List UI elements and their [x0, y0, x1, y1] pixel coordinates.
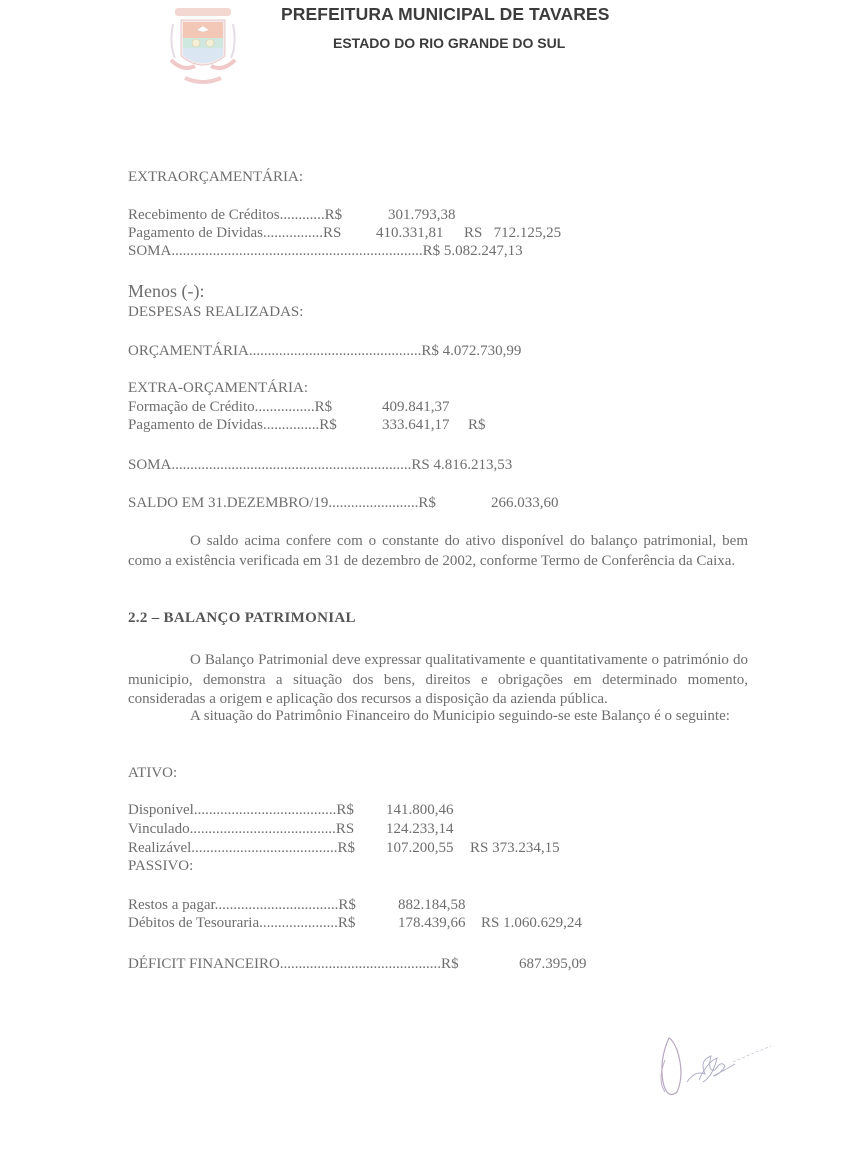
extra-receitas-heading: EXTRAORÇAMENTÁRIA: — [128, 168, 303, 186]
despesa-row: Pagamento de Dívidas...............R$ 33… — [128, 416, 628, 434]
ativo-heading: ATIVO: — [128, 764, 177, 782]
ativo-row: Disponivel..............................… — [128, 801, 628, 819]
row-label: Restos a pagar..........................… — [128, 897, 356, 913]
row-label: Pagamento de Dividas................RS — [128, 225, 341, 241]
passivo-row: Restos a pagar..........................… — [128, 896, 628, 914]
deficit-label: DÉFICIT FINANCEIRO......................… — [128, 956, 459, 972]
saldo-value: 266.033,60 — [491, 494, 559, 512]
municipal-crest-icon — [163, 4, 243, 92]
row-subtotal: RS 373.234,15 — [470, 839, 560, 857]
signature-icon — [655, 1030, 775, 1105]
row-label: Recebimento de Créditos............R$ — [128, 207, 342, 223]
despesas-soma: SOMA....................................… — [128, 456, 512, 474]
despesas-heading: DESPESAS REALIZADAS: — [128, 303, 303, 321]
saldo-row: SALDO EM 31.DEZEMBRO/19.................… — [128, 494, 628, 512]
receita-row: Pagamento de Dividas................RS 4… — [128, 224, 628, 242]
row-subtotal: R$ — [468, 416, 486, 434]
ativo-row: Vinculado...............................… — [128, 820, 628, 838]
deficit-value: 687.395,09 — [519, 955, 587, 973]
saldo-paragraph: O saldo acima confere com o constante do… — [128, 532, 748, 571]
row-subtotal: RS 1.060.629,24 — [481, 914, 582, 932]
row-subtotal: RS 712.125,25 — [464, 224, 561, 242]
header-subtitle: ESTADO DO RIO GRANDE DO SUL — [333, 35, 565, 51]
row-label: Vinculado...............................… — [128, 821, 354, 837]
row-value: 141.800,46 — [386, 801, 454, 819]
menos-label: Menos (-): — [128, 282, 204, 300]
passivo-heading: PASSIVO: — [128, 857, 193, 875]
row-label: Formação de Crédito................R$ — [128, 399, 332, 415]
balanco-paragraph-text: O Balanço Patrimonial deve expressar qua… — [128, 652, 748, 707]
situacao-paragraph-text: A situação do Patrimônio Financeiro do M… — [190, 708, 730, 724]
saldo-label: SALDO EM 31.DEZEMBRO/19.................… — [128, 495, 436, 511]
document-page: PREFEITURA MUNICIPAL DE TAVARES ESTADO D… — [0, 0, 850, 1169]
orcamentaria-row: ORÇAMENTÁRIA............................… — [128, 342, 521, 360]
row-value: 410.331,81 — [376, 224, 444, 242]
header-title: PREFEITURA MUNICIPAL DE TAVARES — [281, 4, 609, 25]
section-heading: 2.2 – BALANÇO PATRIMONIAL — [128, 609, 356, 627]
receitas-soma: SOMA....................................… — [128, 242, 523, 260]
row-value: 333.641,17 — [382, 416, 450, 434]
passivo-row: Débitos de Tesouraria...................… — [128, 914, 628, 932]
row-label: Disponivel..............................… — [128, 802, 354, 818]
row-value: 124.233,14 — [386, 820, 454, 838]
row-value: 882.184,58 — [398, 896, 466, 914]
receita-row: Recebimento de Créditos............R$ 30… — [128, 206, 628, 224]
ativo-row: Realizável..............................… — [128, 839, 628, 857]
situacao-paragraph: A situação do Patrimônio Financeiro do M… — [128, 707, 748, 727]
row-label: Débitos de Tesouraria...................… — [128, 915, 355, 931]
row-value: 107.200,55 — [386, 839, 454, 857]
saldo-paragraph-text: O saldo acima confere com o constante do… — [128, 533, 748, 569]
row-label: Pagamento de Dívidas...............R$ — [128, 417, 337, 433]
row-label: Realizável..............................… — [128, 840, 355, 856]
row-value: 178.439,66 — [398, 914, 466, 932]
deficit-row: DÉFICIT FINANCEIRO......................… — [128, 955, 648, 973]
despesa-row: Formação de Crédito................R$ 40… — [128, 398, 628, 416]
extra-despesas-heading: EXTRA-ORÇAMENTÁRIA: — [128, 379, 308, 397]
row-value: 301.793,38 — [388, 206, 456, 224]
row-value: 409.841,37 — [382, 398, 450, 416]
balanco-paragraph: O Balanço Patrimonial deve expressar qua… — [128, 651, 748, 710]
